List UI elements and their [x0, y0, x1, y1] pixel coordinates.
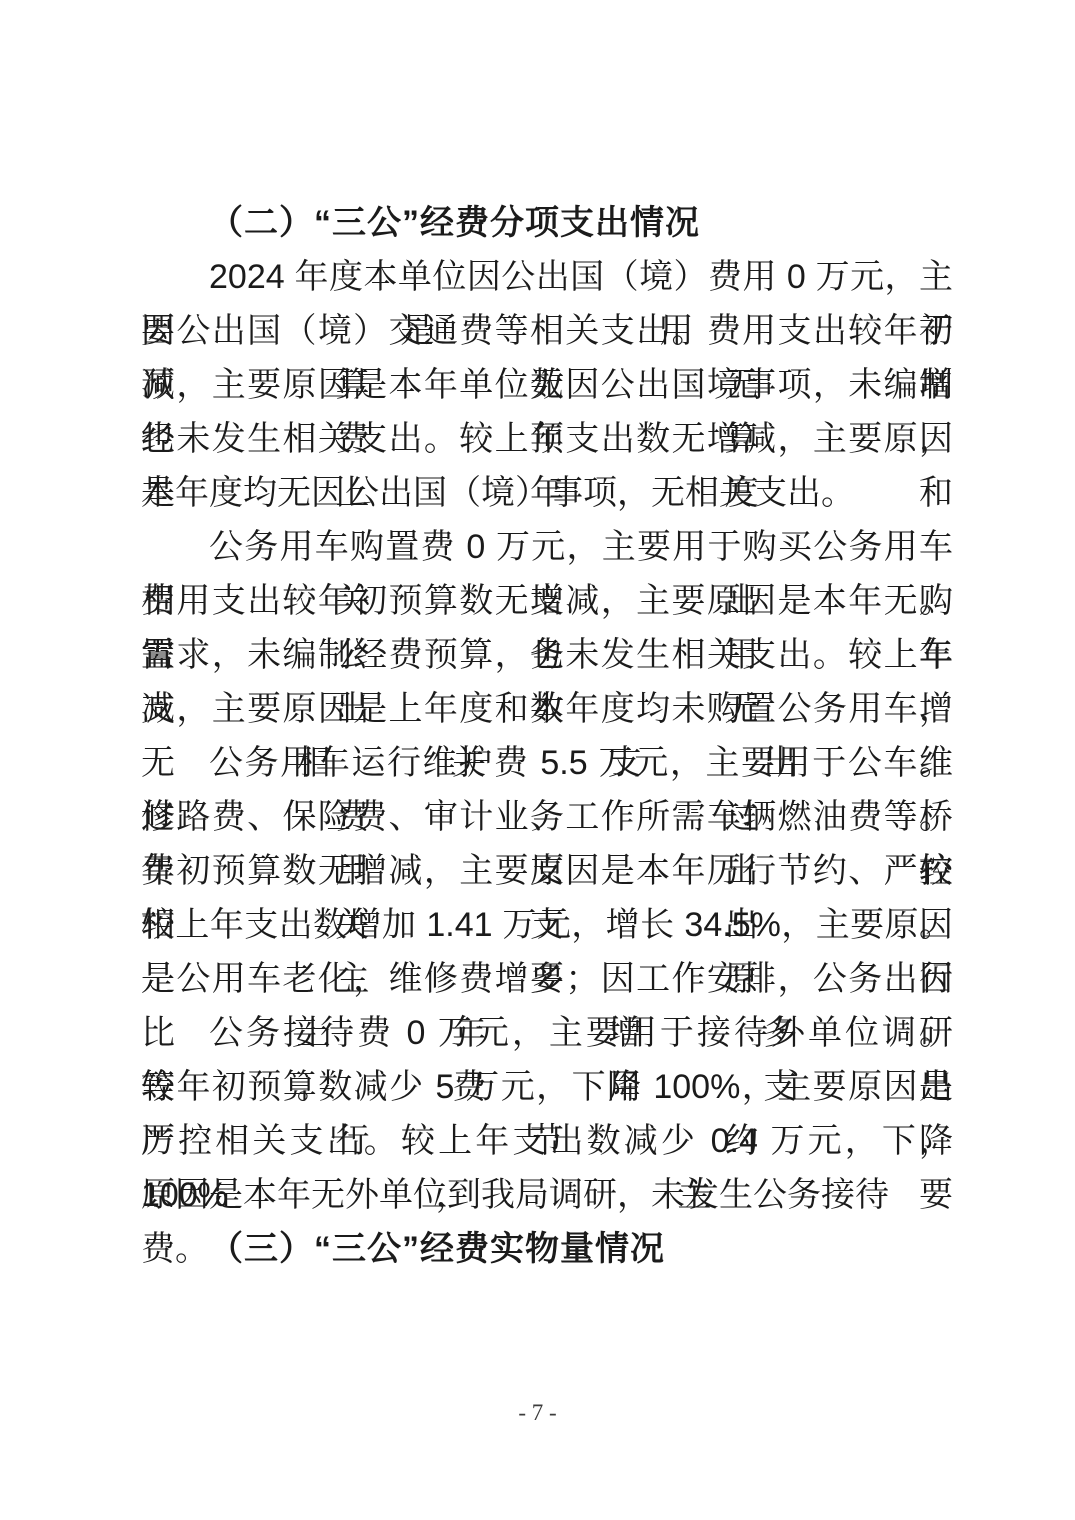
paragraph-line: 需求，未编制经费预算，也未发生相关支出。较上年支出数无增: [141, 628, 953, 682]
paragraph-line: 因公出国（境）交通费等相关支出。费用支出较年初预算数无增: [141, 304, 953, 358]
paragraph-line: 严控相关支出。较上年支出数减少 0.4 万元，下降 100%，主要: [141, 1114, 953, 1168]
paragraph-line: 本年度均无因公出国（境）事项，无相关支出。: [141, 466, 953, 520]
page-number: - 7 -: [0, 1398, 1075, 1428]
paragraph-line: 减，主要原因是上年度和本年度均未购置公务用车，无相关支出。: [141, 682, 953, 736]
section-heading-3: （三）“三公”经费实物量情况: [141, 1222, 953, 1276]
paragraph-line: 年初预算数无增减，主要原因是本年厉行节约、严控相关支出。: [141, 844, 953, 898]
paragraph-line: 较上年支出数增加 1.41 万元，增长 34.5%，主要原因是主要原因: [141, 898, 953, 952]
section-heading-2: （二）“三公”经费分项支出情况: [141, 196, 953, 250]
paragraph-line: 原因是本年无外单位到我局调研，未发生公务接待费。: [141, 1168, 953, 1222]
paragraph-line: 较年初预算数减少 5 万元，下降 100%，主要原因是厉行节约，: [141, 1060, 953, 1114]
paragraph-line: 公务用车购置费 0 万元，主要用于购买公务用车相关支出。: [141, 520, 953, 574]
paragraph-line: 减，主要原因是本年单位无因公出国境事项，未编制经费预算，: [141, 358, 953, 412]
document-page: （二）“三公”经费分项支出情况 2024 年度本单位因公出国（境）费用 0 万元…: [0, 0, 1075, 1520]
document-body: （二）“三公”经费分项支出情况 2024 年度本单位因公出国（境）费用 0 万元…: [141, 196, 953, 1276]
paragraph-line: 费用支出较年初预算数无增减，主要原因是本年无购置公务用车: [141, 574, 953, 628]
paragraph-line: 公务接待费 0 万元，主要用于接待外单位调研等。费用支出: [141, 1006, 953, 1060]
paragraph-line: 是公用车老化，维修费增多；因工作安排，公务出行比上年增多。: [141, 952, 953, 1006]
paragraph-line: 2024 年度本单位因公出国（境）费用 0 万元，主要是用于: [141, 250, 953, 304]
paragraph-line: 过路费、保险费、审计业务工作所需车辆燃油费等。费用支出较: [141, 790, 953, 844]
paragraph-line: 也未发生相关支出。较上年支出数无增减，主要原因是上年度和: [141, 412, 953, 466]
paragraph-line: 公务用车运行维护费 5.5 万元，主要用于公车维修费、过桥: [141, 736, 953, 790]
